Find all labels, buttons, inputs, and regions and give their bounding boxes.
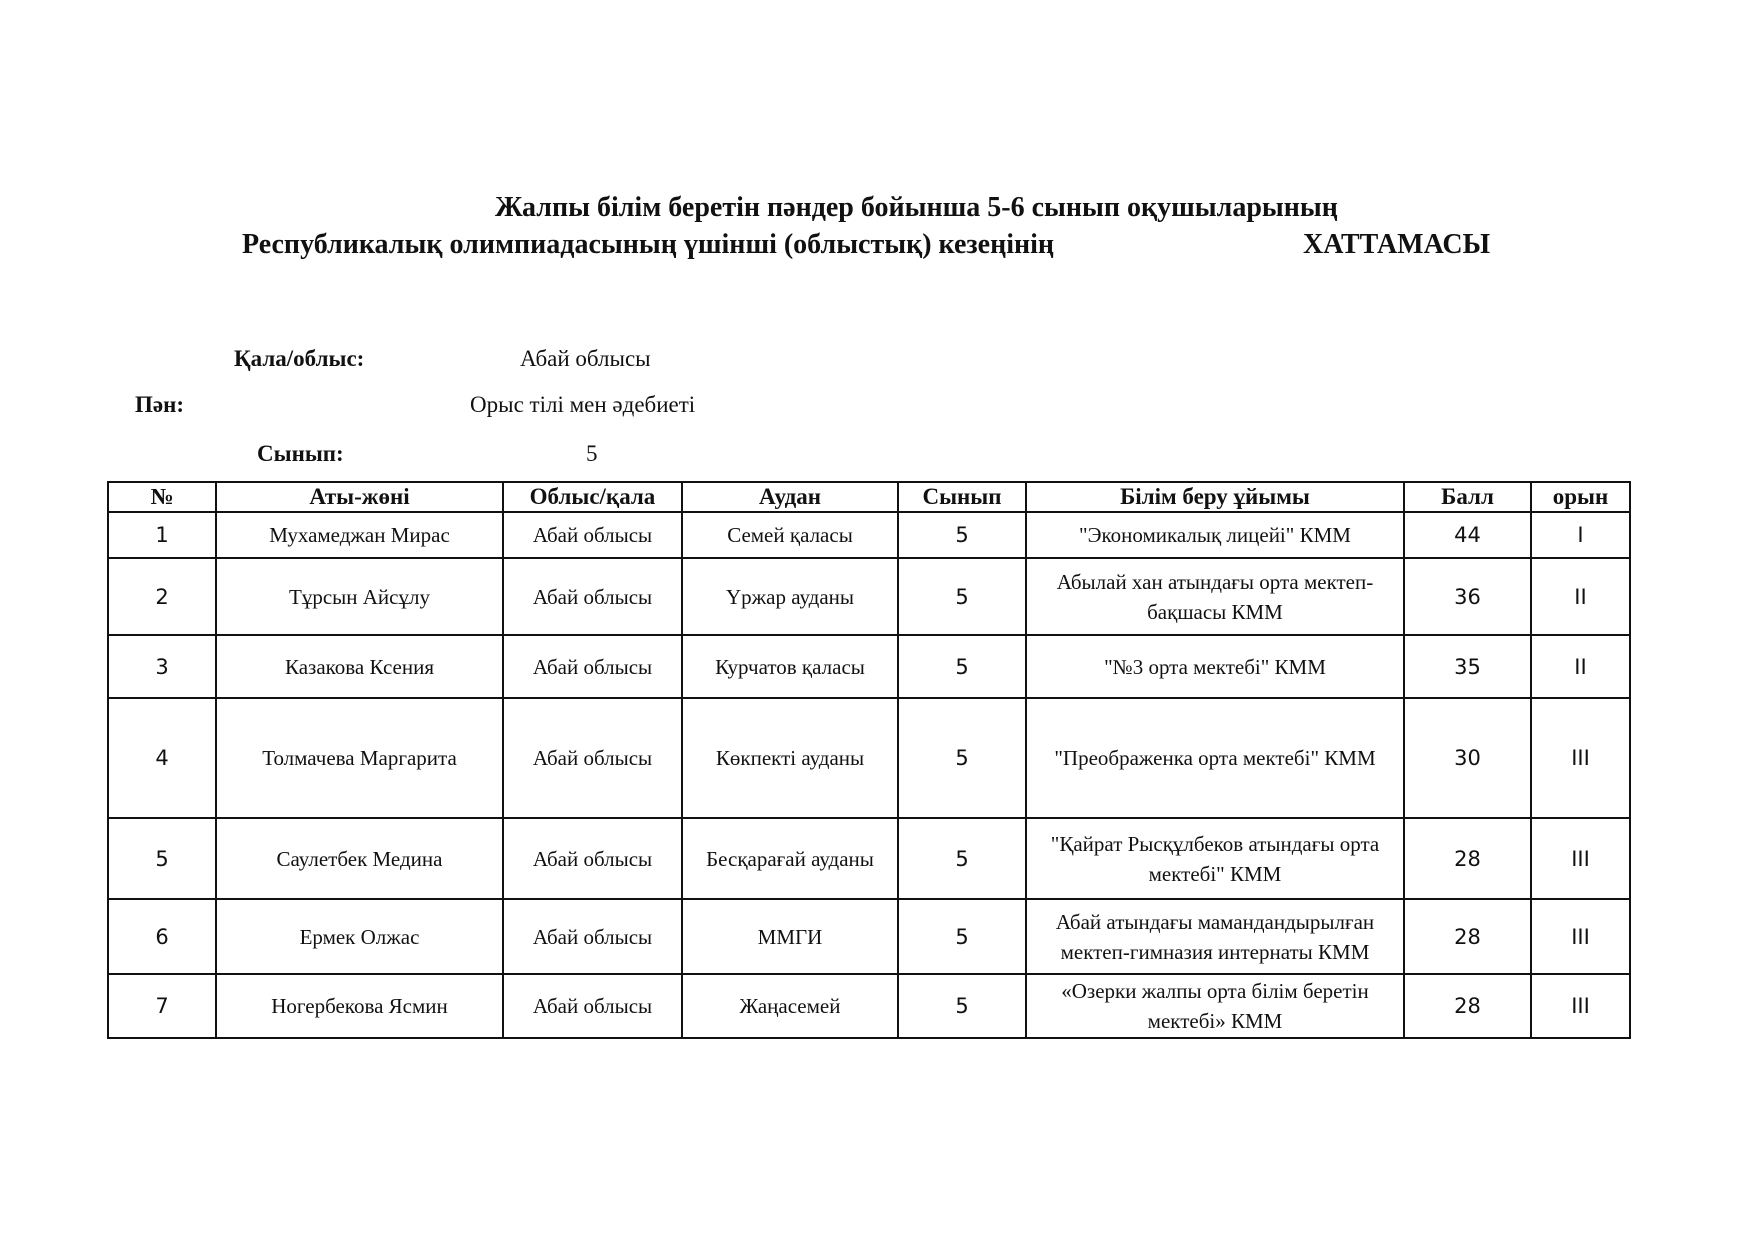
cell-score: 44 (1404, 512, 1531, 558)
cell-number: 7 (108, 974, 216, 1038)
cell-name: Тұрсын Айсұлу (216, 558, 503, 635)
column-header-district: Аудан (682, 482, 898, 512)
table-row: 5Саулетбек МединаАбай облысыБесқарағай а… (108, 818, 1630, 899)
table-row: 4Толмачева МаргаритаАбай облысыКөкпекті … (108, 698, 1630, 818)
subject-value: Орыс тілі мен әдебиеті (470, 392, 695, 418)
cell-district: Бесқарағай ауданы (682, 818, 898, 899)
cell-region: Абай облысы (503, 512, 682, 558)
cell-district: Көкпекті ауданы (682, 698, 898, 818)
cell-grade: 5 (898, 698, 1026, 818)
column-header-grade: Сынып (898, 482, 1026, 512)
column-header-score: Балл (1404, 482, 1531, 512)
cell-grade: 5 (898, 818, 1026, 899)
cell-name: Саулетбек Медина (216, 818, 503, 899)
cell-place: II (1531, 558, 1630, 635)
cell-place: I (1531, 512, 1630, 558)
cell-region: Абай облысы (503, 818, 682, 899)
cell-region: Абай облысы (503, 899, 682, 974)
grade-value: 5 (586, 441, 598, 467)
cell-name: Мухамеджан Мирас (216, 512, 503, 558)
region-value: Абай облысы (520, 346, 651, 372)
column-header-name: Аты-жөні (216, 482, 503, 512)
cell-region: Абай облысы (503, 635, 682, 698)
cell-school: Абай атындағы мамандандырылған мектеп-ги… (1026, 899, 1404, 974)
table-row: 1Мухамеджан МирасАбай облысыСемей қаласы… (108, 512, 1630, 558)
table-row: 3Казакова КсенияАбай облысыКурчатов қала… (108, 635, 1630, 698)
cell-school: "Преображенка орта мектебі" КММ (1026, 698, 1404, 818)
cell-number: 6 (108, 899, 216, 974)
results-table: № Аты-жөні Облыс/қала Аудан Сынып Білім … (107, 481, 1631, 1039)
cell-grade: 5 (898, 974, 1026, 1038)
cell-district: Жаңасемей (682, 974, 898, 1038)
cell-number: 3 (108, 635, 216, 698)
cell-name: Ногербекова Ясмин (216, 974, 503, 1038)
cell-place: II (1531, 635, 1630, 698)
region-label: Қала/облыс: (234, 346, 364, 372)
cell-name: Казакова Ксения (216, 635, 503, 698)
table-row: 2Тұрсын АйсұлуАбай облысыҮржар ауданы5Аб… (108, 558, 1630, 635)
cell-region: Абай облысы (503, 974, 682, 1038)
cell-name: Ермек Олжас (216, 899, 503, 974)
cell-school: «Озерки жалпы орта білім беретін мектебі… (1026, 974, 1404, 1038)
cell-name: Толмачева Маргарита (216, 698, 503, 818)
subject-label: Пән: (135, 392, 184, 418)
cell-district: Үржар ауданы (682, 558, 898, 635)
cell-place: III (1531, 818, 1630, 899)
cell-grade: 5 (898, 512, 1026, 558)
cell-score: 28 (1404, 899, 1531, 974)
table-row: 7Ногербекова ЯсминАбай облысыЖаңасемей5«… (108, 974, 1630, 1038)
cell-school: "Экономикалық лицейі" КММ (1026, 512, 1404, 558)
cell-number: 2 (108, 558, 216, 635)
cell-score: 36 (1404, 558, 1531, 635)
cell-score: 35 (1404, 635, 1531, 698)
cell-region: Абай облысы (503, 698, 682, 818)
cell-place: III (1531, 974, 1630, 1038)
grade-label: Сынып: (257, 441, 344, 467)
cell-grade: 5 (898, 635, 1026, 698)
title-line-2: Республикалық олимпиадасының үшінші (обл… (242, 229, 1054, 261)
cell-number: 1 (108, 512, 216, 558)
cell-district: Курчатов қаласы (682, 635, 898, 698)
cell-score: 28 (1404, 974, 1531, 1038)
table-row: 6Ермек ОлжасАбай облысыММГИ5Абай атындағ… (108, 899, 1630, 974)
table-header-row: № Аты-жөні Облыс/қала Аудан Сынып Білім … (108, 482, 1630, 512)
cell-place: III (1531, 899, 1630, 974)
cell-number: 5 (108, 818, 216, 899)
cell-school: "Қайрат Рысқұлбеков атындағы орта мектеб… (1026, 818, 1404, 899)
cell-place: III (1531, 698, 1630, 818)
cell-grade: 5 (898, 899, 1026, 974)
column-header-place: орын (1531, 482, 1630, 512)
column-header-number: № (108, 482, 216, 512)
cell-grade: 5 (898, 558, 1026, 635)
cell-school: "№3 орта мектебі" КММ (1026, 635, 1404, 698)
cell-number: 4 (108, 698, 216, 818)
cell-score: 30 (1404, 698, 1531, 818)
cell-score: 28 (1404, 818, 1531, 899)
cell-district: ММГИ (682, 899, 898, 974)
cell-district: Семей қаласы (682, 512, 898, 558)
cell-school: Абылай хан атындағы орта мектеп-бақшасы … (1026, 558, 1404, 635)
column-header-region: Облыс/қала (503, 482, 682, 512)
title-protocol-word: ХАТТАМАСЫ (1303, 229, 1490, 261)
title-line-1: Жалпы білім беретін пәндер бойынша 5-6 с… (495, 192, 1338, 224)
column-header-school: Білім беру ұйымы (1026, 482, 1404, 512)
cell-region: Абай облысы (503, 558, 682, 635)
